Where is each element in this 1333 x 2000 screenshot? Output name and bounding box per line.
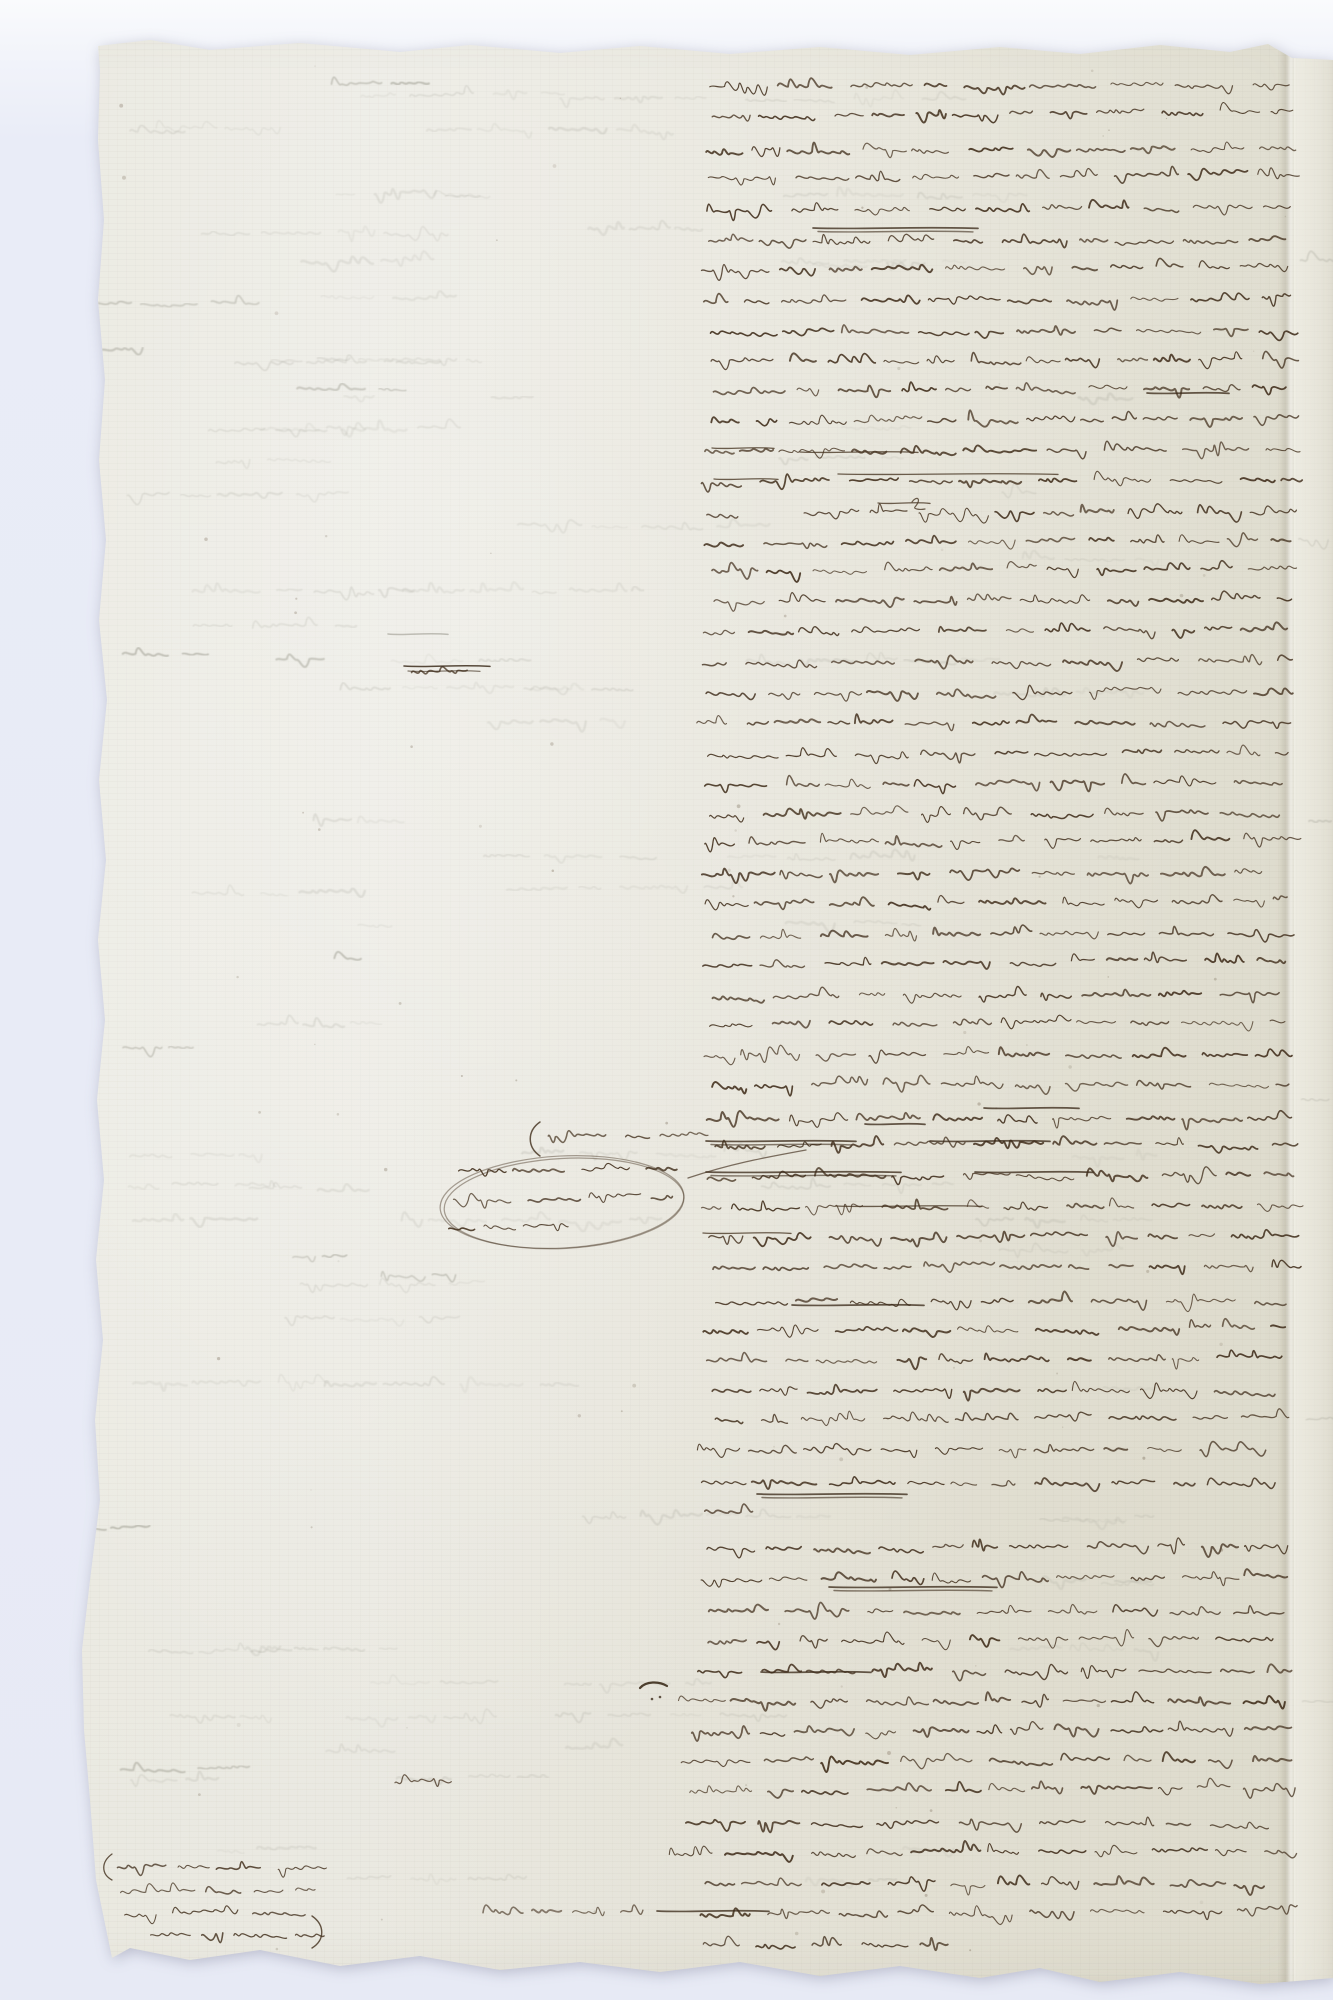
bottom-margin-note xyxy=(483,1905,643,1916)
caret-insertion-mark xyxy=(640,1682,667,1700)
verso-bleedthrough xyxy=(84,77,1333,1888)
margin-circled-note xyxy=(438,1150,806,1255)
handwriting-layer xyxy=(0,0,1333,2000)
main-handwriting-block xyxy=(669,78,1303,1950)
margin-note-fjanew xyxy=(395,1775,451,1787)
paper-shadow-wrap xyxy=(0,0,1333,2000)
margin-crossed-out-word xyxy=(404,666,490,674)
manuscript-page xyxy=(0,0,1333,2000)
paper-speckles xyxy=(119,65,1286,1951)
bottom-left-margin-note xyxy=(104,1854,327,1948)
scanned-manuscript xyxy=(0,0,1333,2000)
